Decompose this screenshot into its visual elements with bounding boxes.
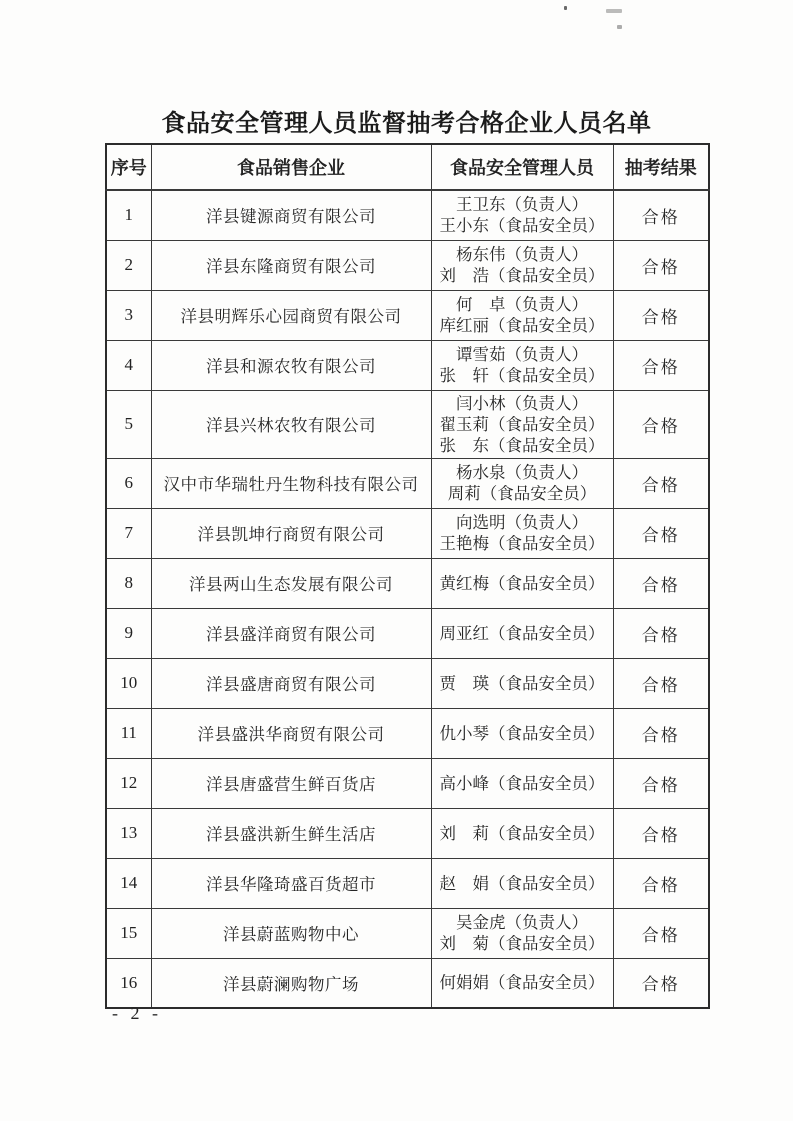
- row-serial-number: 14: [106, 858, 151, 908]
- table-row: 8 洋县两山生态发展有限公司 黄红梅（食品安全员） 合格: [106, 558, 709, 608]
- personnel-list: 吴金虎（负责人）刘 菊（食品安全员）: [431, 908, 613, 958]
- row-serial-number: 9: [106, 608, 151, 658]
- personnel-list: 何娟娟（食品安全员）: [431, 958, 613, 1008]
- personnel-line: 王艳梅（食品安全员）: [435, 533, 610, 554]
- personnel-list: 向选明（负责人）王艳梅（食品安全员）: [431, 508, 613, 558]
- table-row: 6 汉中市华瑞牡丹生物科技有限公司 杨水泉（负责人）周莉（食品安全员） 合格: [106, 458, 709, 508]
- personnel-line: 杨水泉（负责人）: [435, 462, 610, 483]
- table-row: 14 洋县华隆琦盛百货超市 赵 娟（食品安全员） 合格: [106, 858, 709, 908]
- exam-result: 合格: [613, 708, 709, 758]
- row-serial-number: 6: [106, 458, 151, 508]
- personnel-line: 王小东（食品安全员）: [435, 215, 610, 236]
- personnel-line: 何 卓（负责人）: [435, 294, 610, 315]
- table-row: 11 洋县盛洪华商贸有限公司 仇小琴（食品安全员） 合格: [106, 708, 709, 758]
- exam-result: 合格: [613, 458, 709, 508]
- personnel-list: 刘 莉（食品安全员）: [431, 808, 613, 858]
- personnel-line: 刘 菊（食品安全员）: [435, 933, 610, 954]
- exam-result: 合格: [613, 758, 709, 808]
- personnel-list: 杨水泉（负责人）周莉（食品安全员）: [431, 458, 613, 508]
- personnel-line: 贾 瑛（食品安全员）: [435, 673, 610, 694]
- company-name: 洋县盛洪新生鲜生活店: [151, 808, 431, 858]
- table-row: 16 洋县蔚澜购物广场 何娟娟（食品安全员） 合格: [106, 958, 709, 1008]
- scan-artifact: [606, 9, 622, 13]
- personnel-line: 周莉（食品安全员）: [435, 483, 610, 504]
- personnel-line: 翟玉莉（食品安全员）: [435, 414, 610, 435]
- exam-result: 合格: [613, 390, 709, 458]
- exam-result: 合格: [613, 908, 709, 958]
- company-name: 洋县盛洋商贸有限公司: [151, 608, 431, 658]
- row-serial-number: 1: [106, 190, 151, 240]
- personnel-line: 赵 娟（食品安全员）: [435, 873, 610, 894]
- row-serial-number: 2: [106, 240, 151, 290]
- company-name: 洋县键源商贸有限公司: [151, 190, 431, 240]
- roster-table: 序号 食品销售企业 食品安全管理人员 抽考结果 1 洋县键源商贸有限公司 王卫东…: [105, 143, 710, 1009]
- personnel-line: 吴金虎（负责人）: [435, 912, 610, 933]
- row-serial-number: 3: [106, 290, 151, 340]
- personnel-list: 杨东伟（负责人）刘 浩（食品安全员）: [431, 240, 613, 290]
- table-row: 1 洋县键源商贸有限公司 王卫东（负责人）王小东（食品安全员） 合格: [106, 190, 709, 240]
- page-number: - 2 -: [112, 1003, 162, 1024]
- personnel-list: 闫小林（负责人）翟玉莉（食品安全员）张 东（食品安全员）: [431, 390, 613, 458]
- table-row: 15 洋县蔚蓝购物中心 吴金虎（负责人）刘 菊（食品安全员） 合格: [106, 908, 709, 958]
- exam-result: 合格: [613, 808, 709, 858]
- exam-result: 合格: [613, 240, 709, 290]
- table-row: 9 洋县盛洋商贸有限公司 周亚红（食品安全员） 合格: [106, 608, 709, 658]
- exam-result: 合格: [613, 958, 709, 1008]
- header-company: 食品销售企业: [151, 144, 431, 190]
- personnel-list: 仇小琴（食品安全员）: [431, 708, 613, 758]
- exam-result: 合格: [613, 608, 709, 658]
- exam-result: 合格: [613, 558, 709, 608]
- row-serial-number: 13: [106, 808, 151, 858]
- document-page: 食品安全管理人员监督抽考合格企业人员名单 序号 食品销售企业 食品安全管理人员 …: [0, 0, 793, 1121]
- row-serial-number: 5: [106, 390, 151, 458]
- row-serial-number: 4: [106, 340, 151, 390]
- personnel-list: 周亚红（食品安全员）: [431, 608, 613, 658]
- exam-result: 合格: [613, 858, 709, 908]
- header-row: 序号 食品销售企业 食品安全管理人员 抽考结果: [106, 144, 709, 190]
- table-row: 5 洋县兴林农牧有限公司 闫小林（负责人）翟玉莉（食品安全员）张 东（食品安全员…: [106, 390, 709, 458]
- exam-result: 合格: [613, 290, 709, 340]
- personnel-line: 谭雪茹（负责人）: [435, 344, 610, 365]
- personnel-line: 王卫东（负责人）: [435, 194, 610, 215]
- row-serial-number: 7: [106, 508, 151, 558]
- company-name: 汉中市华瑞牡丹生物科技有限公司: [151, 458, 431, 508]
- personnel-line: 刘 莉（食品安全员）: [435, 823, 610, 844]
- personnel-line: 向选明（负责人）: [435, 512, 610, 533]
- company-name: 洋县蔚蓝购物中心: [151, 908, 431, 958]
- personnel-line: 张 轩（食品安全员）: [435, 365, 610, 386]
- company-name: 洋县盛洪华商贸有限公司: [151, 708, 431, 758]
- exam-result: 合格: [613, 190, 709, 240]
- table-row: 4 洋县和源农牧有限公司 谭雪茹（负责人）张 轩（食品安全员） 合格: [106, 340, 709, 390]
- row-serial-number: 8: [106, 558, 151, 608]
- company-name: 洋县唐盛营生鲜百货店: [151, 758, 431, 808]
- row-serial-number: 15: [106, 908, 151, 958]
- personnel-line: 刘 浩（食品安全员）: [435, 265, 610, 286]
- personnel-list: 何 卓（负责人）库红丽（食品安全员）: [431, 290, 613, 340]
- personnel-line: 库红丽（食品安全员）: [435, 315, 610, 336]
- header-serial-number: 序号: [106, 144, 151, 190]
- personnel-list: 黄红梅（食品安全员）: [431, 558, 613, 608]
- personnel-line: 闫小林（负责人）: [435, 393, 610, 414]
- personnel-list: 王卫东（负责人）王小东（食品安全员）: [431, 190, 613, 240]
- personnel-line: 周亚红（食品安全员）: [435, 623, 610, 644]
- company-name: 洋县凯坤行商贸有限公司: [151, 508, 431, 558]
- company-name: 洋县华隆琦盛百货超市: [151, 858, 431, 908]
- company-name: 洋县蔚澜购物广场: [151, 958, 431, 1008]
- company-name: 洋县明辉乐心园商贸有限公司: [151, 290, 431, 340]
- exam-result: 合格: [613, 508, 709, 558]
- header-personnel: 食品安全管理人员: [431, 144, 613, 190]
- row-serial-number: 11: [106, 708, 151, 758]
- scan-artifact: [617, 25, 622, 29]
- table-row: 3 洋县明辉乐心园商贸有限公司 何 卓（负责人）库红丽（食品安全员） 合格: [106, 290, 709, 340]
- personnel-line: 仇小琴（食品安全员）: [435, 723, 610, 744]
- company-name: 洋县两山生态发展有限公司: [151, 558, 431, 608]
- personnel-line: 杨东伟（负责人）: [435, 244, 610, 265]
- row-serial-number: 16: [106, 958, 151, 1008]
- table-row: 12 洋县唐盛营生鲜百货店 高小峰（食品安全员） 合格: [106, 758, 709, 808]
- table-row: 2 洋县东隆商贸有限公司 杨东伟（负责人）刘 浩（食品安全员） 合格: [106, 240, 709, 290]
- personnel-list: 高小峰（食品安全员）: [431, 758, 613, 808]
- table-row: 10 洋县盛唐商贸有限公司 贾 瑛（食品安全员） 合格: [106, 658, 709, 708]
- personnel-line: 张 东（食品安全员）: [435, 435, 610, 456]
- scan-artifact: [564, 6, 567, 10]
- table-row: 13 洋县盛洪新生鲜生活店 刘 莉（食品安全员） 合格: [106, 808, 709, 858]
- personnel-line: 何娟娟（食品安全员）: [435, 972, 610, 993]
- personnel-list: 谭雪茹（负责人）张 轩（食品安全员）: [431, 340, 613, 390]
- header-exam-result: 抽考结果: [613, 144, 709, 190]
- row-serial-number: 10: [106, 658, 151, 708]
- exam-result: 合格: [613, 340, 709, 390]
- page-title: 食品安全管理人员监督抽考合格企业人员名单: [105, 103, 708, 138]
- table-row: 7 洋县凯坤行商贸有限公司 向选明（负责人）王艳梅（食品安全员） 合格: [106, 508, 709, 558]
- company-name: 洋县和源农牧有限公司: [151, 340, 431, 390]
- personnel-line: 高小峰（食品安全员）: [435, 773, 610, 794]
- company-name: 洋县东隆商贸有限公司: [151, 240, 431, 290]
- company-name: 洋县兴林农牧有限公司: [151, 390, 431, 458]
- row-serial-number: 12: [106, 758, 151, 808]
- company-name: 洋县盛唐商贸有限公司: [151, 658, 431, 708]
- personnel-list: 贾 瑛（食品安全员）: [431, 658, 613, 708]
- personnel-list: 赵 娟（食品安全员）: [431, 858, 613, 908]
- exam-result: 合格: [613, 658, 709, 708]
- personnel-line: 黄红梅（食品安全员）: [435, 573, 610, 594]
